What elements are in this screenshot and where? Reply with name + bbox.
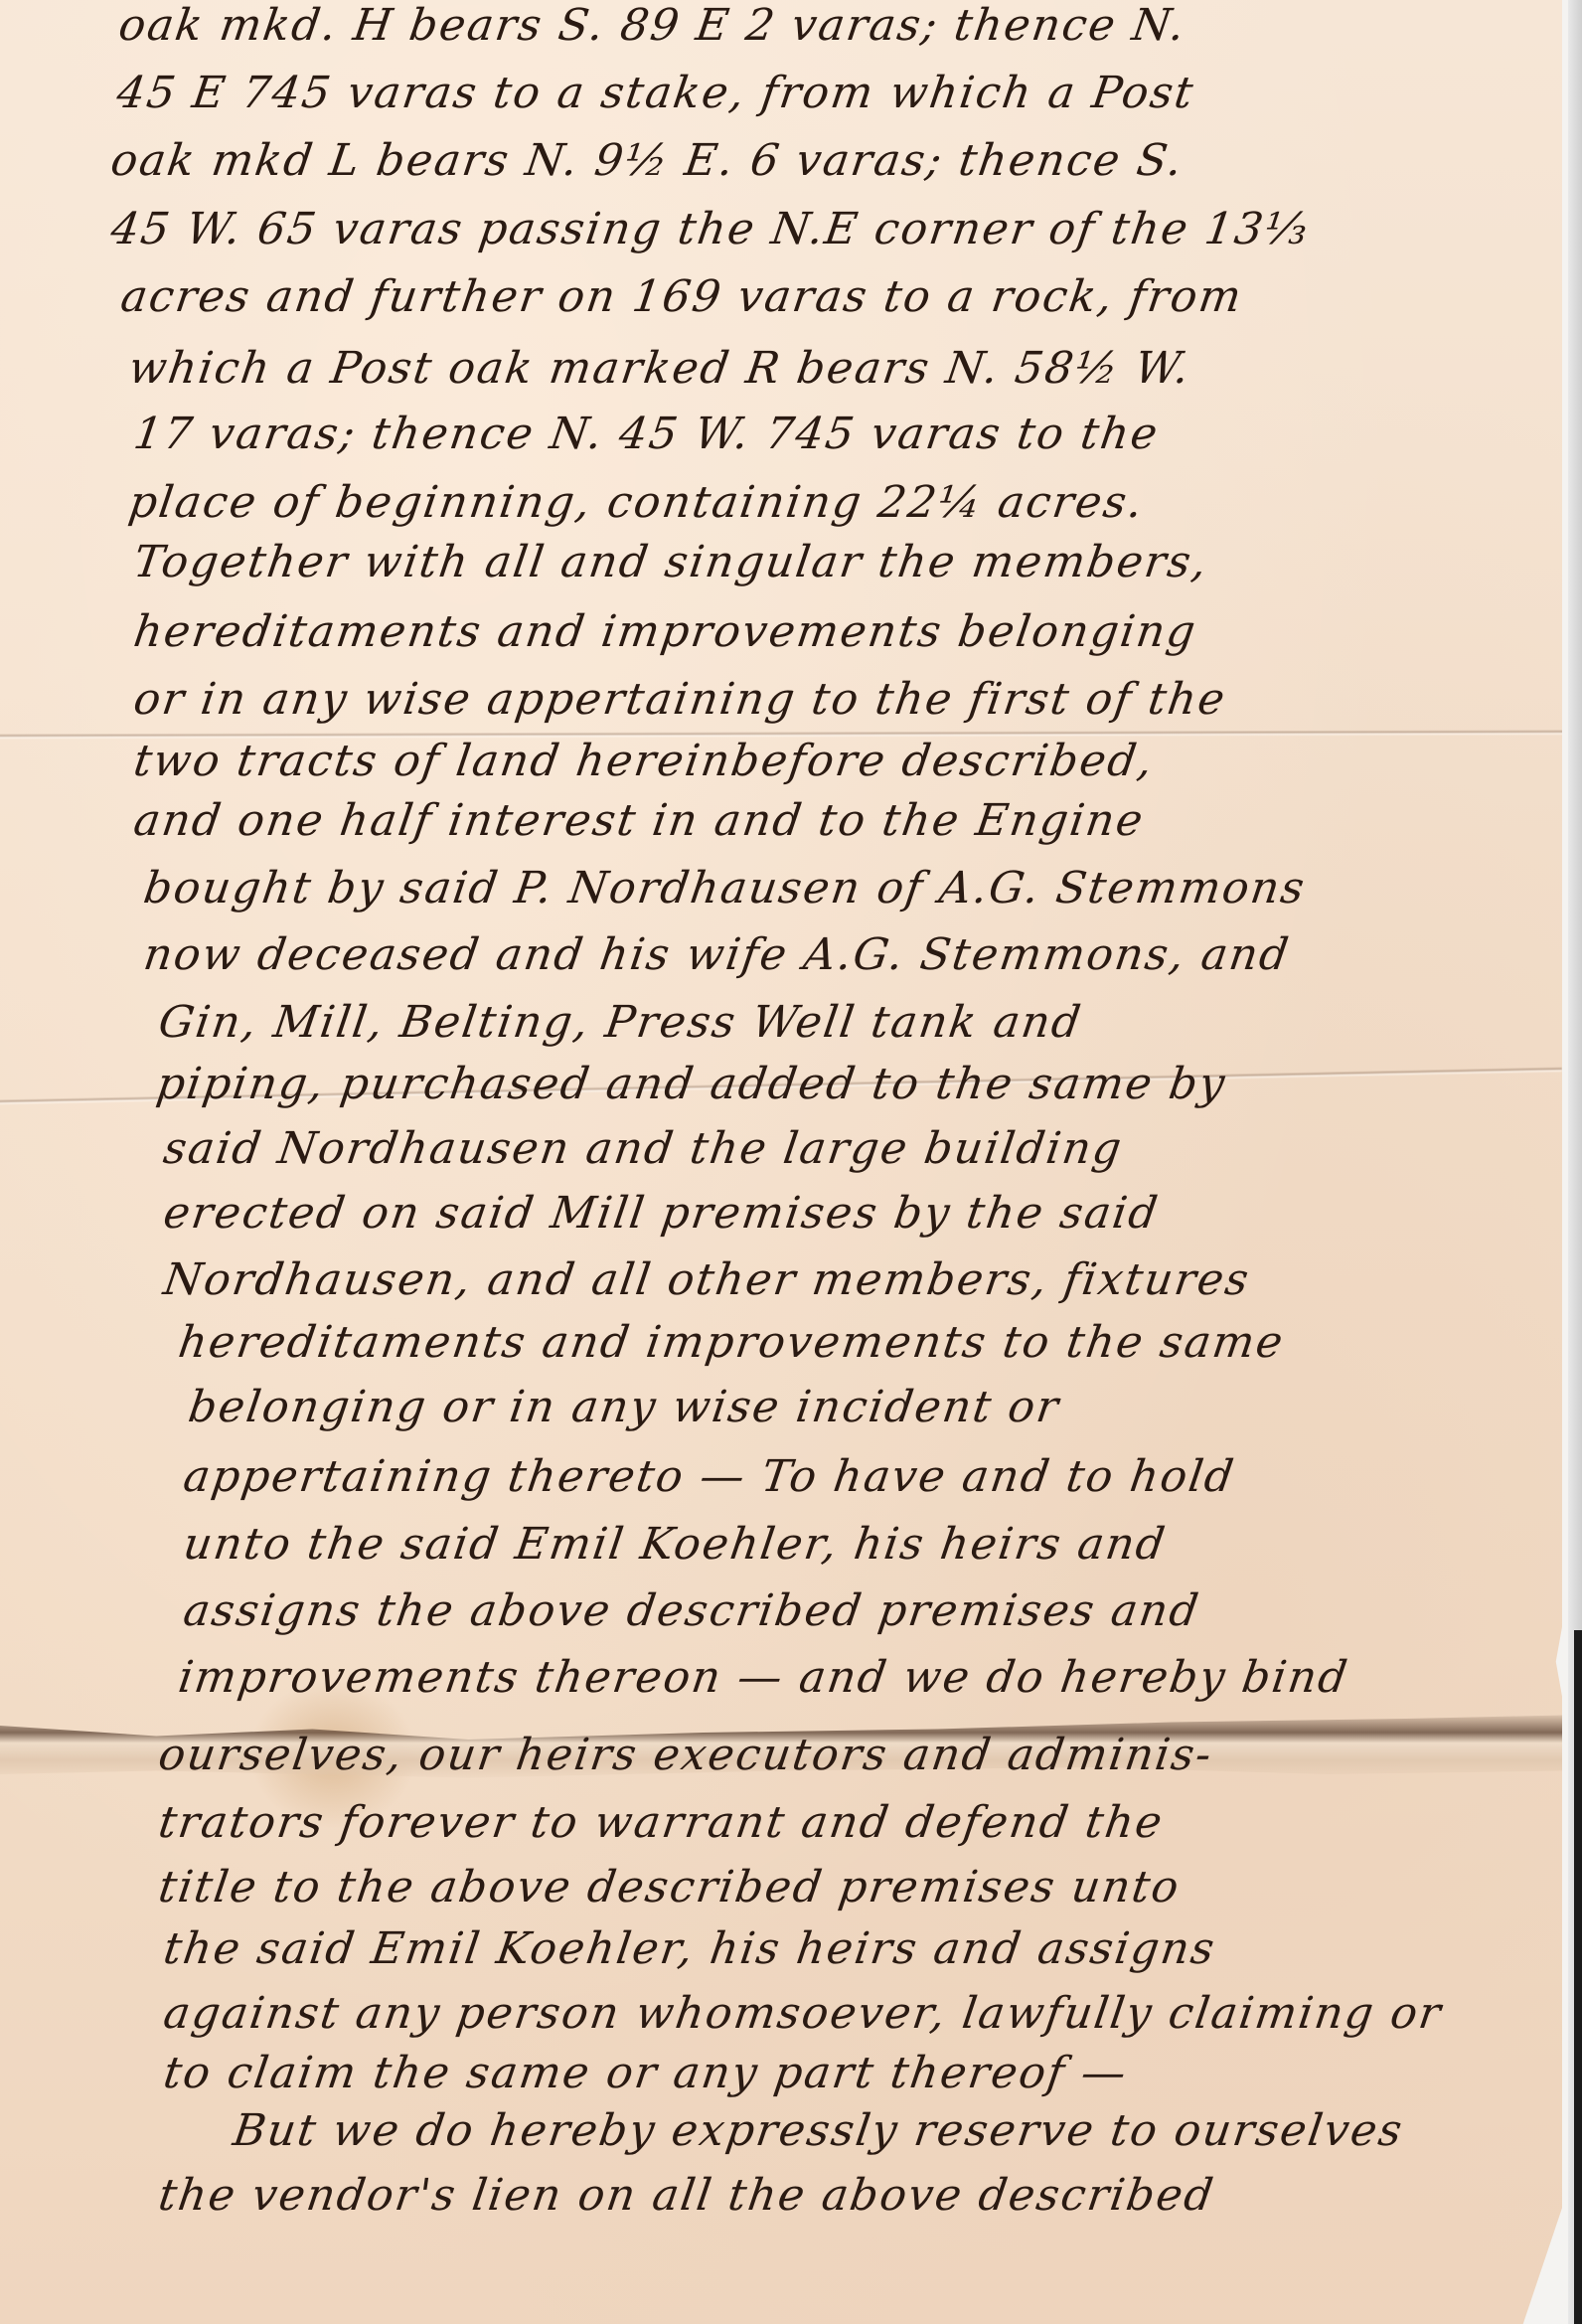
text-line: ourselves, our heirs executors and admin… bbox=[155, 1730, 1215, 1780]
text-line: acres and further on 169 varas to a rock… bbox=[117, 271, 1246, 322]
text-line: oak mkd. H bears S. 89 E 2 varas; thence… bbox=[115, 0, 1189, 51]
text-line: the vendor's lien on all the above descr… bbox=[155, 2170, 1217, 2221]
text-line: which a Post oak marked R bears N. 58½ W… bbox=[125, 343, 1193, 394]
text-line: trators forever to warrant and defend th… bbox=[155, 1797, 1167, 1848]
text-line: against any person whomsoever, lawfully … bbox=[160, 1988, 1445, 2039]
text-line: erected on said Mill premises by the sai… bbox=[160, 1188, 1162, 1239]
scanner-edge-shadow bbox=[1574, 1630, 1582, 2324]
text-line: or in any wise appertaining to the first… bbox=[130, 674, 1229, 725]
text-line: belonging or in any wise incident or bbox=[185, 1382, 1063, 1432]
text-line: 45 W. 65 varas passing the N.E corner of… bbox=[107, 204, 1312, 254]
text-line: oak mkd L bears N. 9½ E. 6 varas; thence… bbox=[107, 135, 1186, 186]
text-line: now deceased and his wife A.G. Stemmons,… bbox=[140, 929, 1293, 980]
text-line: unto the said Emil Koehler, his heirs an… bbox=[180, 1519, 1170, 1570]
text-line: the said Emil Koehler, his heirs and ass… bbox=[160, 1923, 1218, 1974]
text-line: piping, purchased and added to the same … bbox=[153, 1059, 1229, 1109]
text-line: and one half interest in and to the Engi… bbox=[130, 795, 1148, 846]
text-line: 17 varas; thence N. 45 W. 745 varas to t… bbox=[130, 409, 1162, 459]
text-line: Gin, Mill, Belting, Press Well tank and bbox=[155, 997, 1085, 1048]
text-line: Together with all and singular the membe… bbox=[130, 537, 1211, 587]
text-line: appertaining thereto — To have and to ho… bbox=[180, 1451, 1238, 1502]
text-line: hereditaments and improvements to the sa… bbox=[175, 1317, 1287, 1368]
text-line: said Nordhausen and the large building bbox=[160, 1123, 1126, 1174]
text-line: hereditaments and improvements belonging bbox=[130, 606, 1199, 657]
text-line: to claim the same or any part thereof — bbox=[160, 2048, 1131, 2098]
text-line: place of beginning, containing 22¼ acres… bbox=[125, 477, 1147, 528]
handwritten-text: oak mkd. H bears S. 89 E 2 varas; thence… bbox=[0, 0, 1562, 2324]
text-line: assigns the above described premises and bbox=[180, 1585, 1202, 1636]
text-line: improvements thereon — and we do hereby … bbox=[175, 1652, 1351, 1703]
text-line: Nordhausen, and all other members, fixtu… bbox=[160, 1254, 1253, 1305]
text-line: 45 E 745 varas to a stake, from which a … bbox=[113, 68, 1197, 118]
text-line: two tracts of land hereinbefore describe… bbox=[130, 736, 1157, 786]
text-line: title to the above described premises un… bbox=[155, 1862, 1184, 1912]
text-line: But we do hereby expressly reserve to ou… bbox=[230, 2105, 1406, 2156]
text-line: bought by said P. Nordhausen of A.G. Ste… bbox=[140, 863, 1309, 913]
